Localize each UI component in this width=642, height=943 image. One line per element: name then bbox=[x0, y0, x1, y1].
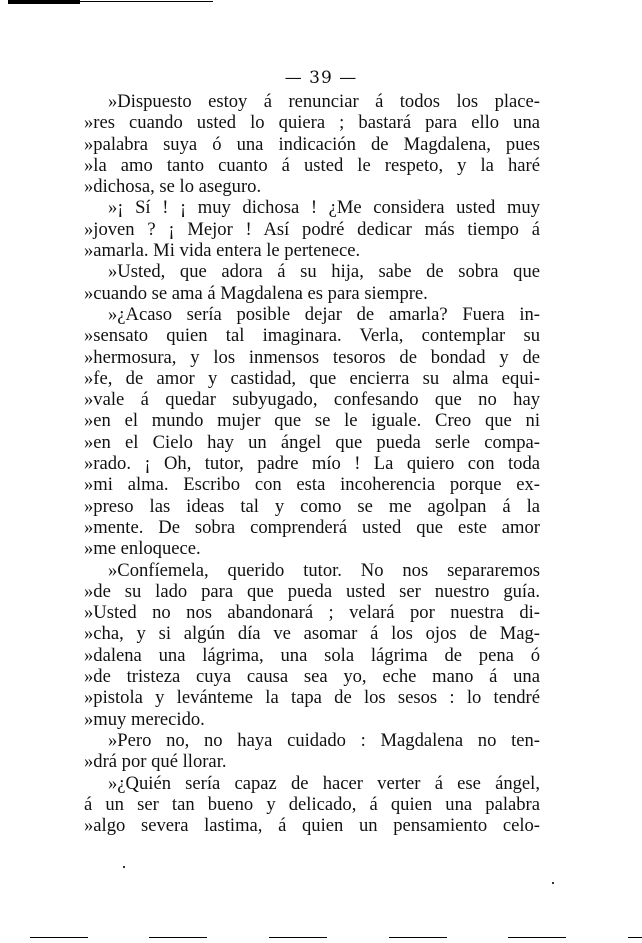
text-line: »hermosura, y los inmensos tesoros de bo… bbox=[84, 347, 540, 368]
text-line: »¡ Sí ! ¡ muy dichosa ! ¿Me considera us… bbox=[84, 197, 540, 218]
text-line: »algo severa lastima, á quien un pensami… bbox=[84, 815, 540, 836]
text-line: »en el mundo mujer que se le iguale. Cre… bbox=[84, 410, 540, 431]
text-line: »mi alma. Escribo con esta incoherencia … bbox=[84, 474, 540, 495]
text-line: »rado. ¡ Oh, tutor, padre mío ! La quier… bbox=[84, 453, 540, 474]
page-number: — 39 — bbox=[0, 68, 642, 88]
text-line: »joven ? ¡ Mejor ! Así podré dedicar más… bbox=[84, 219, 540, 240]
text-line: »Usted no nos abandonará ; velará por nu… bbox=[84, 602, 540, 623]
text-line: »palabra suya ó una indicación de Magdal… bbox=[84, 134, 540, 155]
text-line: »¿Quién sería capaz de hacer verter á es… bbox=[84, 773, 540, 794]
footer-rule bbox=[269, 937, 327, 938]
footer-rule bbox=[628, 937, 642, 938]
text-line: »fe, de amor y castidad, que encierra su… bbox=[84, 368, 540, 389]
text-line: »preso las ideas tal y como se me agolpa… bbox=[84, 496, 540, 517]
text-line: »res cuando usted lo quiera ; bastará pa… bbox=[84, 112, 540, 133]
text-line: »la amo tanto cuanto á usted le respeto,… bbox=[84, 155, 540, 176]
text-line: »Confíemela, querido tutor. No nos separ… bbox=[84, 560, 540, 581]
text-line: »amarla. Mi vida entera le pertenece. bbox=[84, 240, 540, 261]
text-line: »en el Cielo hay un ángel que pueda serl… bbox=[84, 432, 540, 453]
text-line: »muy merecido. bbox=[84, 709, 540, 730]
text-line: »Pero no, no haya cuidado : Magdalena no… bbox=[84, 730, 540, 751]
text-line: »dalena una lágrima, una sola lágrima de… bbox=[84, 645, 540, 666]
text-line: á un ser tan bueno y delicado, á quien u… bbox=[84, 794, 540, 815]
text-line: »dichosa, se lo aseguro. bbox=[84, 176, 540, 197]
text-line: »cuando se ama á Magdalena es para siemp… bbox=[84, 283, 540, 304]
text-line: »de su lado para que pueda usted ser nue… bbox=[84, 581, 540, 602]
scan-speck bbox=[552, 882, 554, 884]
footer-rule bbox=[508, 937, 566, 938]
scan-edge-line bbox=[8, 1, 213, 2]
page-body-text: »Dispuesto estoy á renunciar á todos los… bbox=[84, 91, 540, 836]
text-line: »de tristeza cuya causa sea yo, eche man… bbox=[84, 666, 540, 687]
text-line: »me enloquece. bbox=[84, 538, 540, 559]
text-line: »cha, y si algún día ve asomar á los ojo… bbox=[84, 623, 540, 644]
text-line: »Usted, que adora á su hija, sabe de sob… bbox=[84, 261, 540, 282]
footer-rule bbox=[30, 937, 88, 938]
text-line: »drá por qué llorar. bbox=[84, 751, 540, 772]
text-line: »mente. De sobra comprenderá usted que e… bbox=[84, 517, 540, 538]
text-line: »¿Acaso sería posible dejar de amarla? F… bbox=[84, 304, 540, 325]
text-line: »pistola y levánteme la tapa de los seso… bbox=[84, 687, 540, 708]
text-line: »sensato quien tal imaginara. Verla, con… bbox=[84, 325, 540, 346]
text-line: »vale á quedar subyugado, confesando que… bbox=[84, 389, 540, 410]
footer-rule bbox=[149, 937, 207, 938]
footer-rule bbox=[389, 937, 447, 938]
text-line: »Dispuesto estoy á renunciar á todos los… bbox=[84, 91, 540, 112]
scan-speck bbox=[123, 866, 125, 868]
